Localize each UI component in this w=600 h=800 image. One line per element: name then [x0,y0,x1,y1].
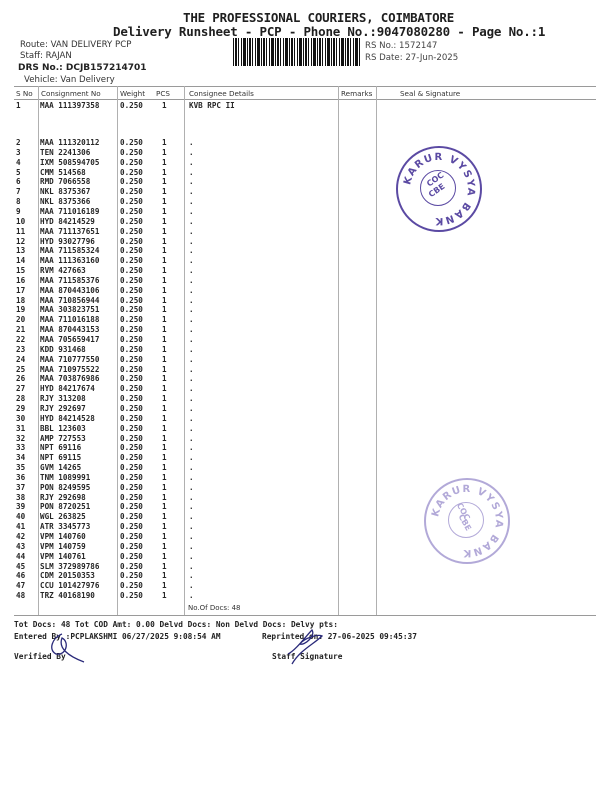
row-weight: 0.250 [120,591,143,600]
row-pcs: 1 [162,335,167,344]
row-consignment-no: TEN 2241306 [40,148,90,157]
rs-number: RS No.: 1572147 [365,41,437,51]
row-consignment-no: SLM 372989786 [40,562,99,571]
row-pcs: 1 [162,483,167,492]
col-header-weight: Weight [120,89,145,98]
row-weight: 0.250 [120,562,143,571]
row-pcs: 1 [162,394,167,403]
row-pcs: 1 [162,286,167,295]
row-sno: 2 [16,138,21,147]
row-consignment-no: MAA 111320112 [40,138,99,147]
row-sno: 39 [16,502,25,511]
row-weight: 0.250 [120,483,143,492]
no-of-docs: No.Of Docs: 48 [188,604,240,612]
row-consignment-no: RMD 7066558 [40,177,90,186]
row-consignee-details: . [189,394,194,403]
row-pcs: 1 [162,296,167,305]
row-consignee-details: . [189,374,194,383]
row-consignment-no: NKL 8375367 [40,187,90,196]
row-sno: 25 [16,365,25,374]
row-weight: 0.250 [120,384,143,393]
row-sno: 11 [16,227,25,236]
row-consignment-no: RJY 313208 [40,394,86,403]
row-pcs: 1 [162,404,167,413]
row-consignment-no: KDD 931468 [40,345,86,354]
row-consignment-no: TNM 1089991 [40,473,90,482]
row-consignment-no: PON 8249595 [40,483,90,492]
row-consignment-no: MAA 303823751 [40,305,99,314]
row-sno: 12 [16,237,25,246]
barcode-image [233,38,361,66]
row-weight: 0.250 [120,355,143,364]
row-pcs: 1 [162,101,167,110]
row-consignee-details: . [189,138,194,147]
row-consignee-details: . [189,522,194,531]
row-pcs: 1 [162,177,167,186]
row-consignment-no: HYD 84217674 [40,384,95,393]
row-sno: 35 [16,463,25,472]
row-consignment-no: MAA 711016189 [40,207,99,216]
row-consignee-details: . [189,591,194,600]
row-consignee-details: . [189,217,194,226]
row-consignment-no: HYD 93027796 [40,237,95,246]
row-consignment-no: HYD 84214529 [40,217,95,226]
row-consignment-no: NPT 69116 [40,443,81,452]
row-weight: 0.250 [120,345,143,354]
row-pcs: 1 [162,266,167,275]
row-consignee-details: . [189,483,194,492]
row-weight: 0.250 [120,138,143,147]
row-pcs: 1 [162,138,167,147]
row-consignment-no: MAA 711137651 [40,227,99,236]
row-consignment-no: VPM 140761 [40,552,86,561]
row-consignment-no: HYD 84214528 [40,414,95,423]
row-consignment-no: VPM 140760 [40,532,86,541]
row-pcs: 1 [162,237,167,246]
col-divider [117,86,118,615]
row-weight: 0.250 [120,217,143,226]
row-weight: 0.250 [120,512,143,521]
row-consignee-details: . [189,473,194,482]
row-pcs: 1 [162,365,167,374]
row-weight: 0.250 [120,443,143,452]
row-pcs: 1 [162,443,167,452]
row-weight: 0.250 [120,522,143,531]
row-sno: 10 [16,217,25,226]
row-consignment-no: NKL 8375366 [40,197,90,206]
row-pcs: 1 [162,148,167,157]
row-consignment-no: RJY 292697 [40,404,86,413]
row-consignment-no: MAA 703876986 [40,374,99,383]
row-pcs: 1 [162,207,167,216]
row-consignee-details: . [189,562,194,571]
row-weight: 0.250 [120,256,143,265]
row-weight: 0.250 [120,237,143,246]
row-weight: 0.250 [120,453,143,462]
row-consignee-details: . [189,246,194,255]
row-weight: 0.250 [120,296,143,305]
row-weight: 0.250 [120,365,143,374]
row-consignment-no: MAA 870443106 [40,286,99,295]
row-sno: 33 [16,443,25,452]
row-consignee-details: . [189,207,194,216]
row-weight: 0.250 [120,187,143,196]
row-pcs: 1 [162,473,167,482]
row-sno: 23 [16,345,25,354]
row-sno: 6 [16,177,21,186]
row-consignee-details: . [189,453,194,462]
row-sno: 27 [16,384,25,393]
row-pcs: 1 [162,325,167,334]
table-bottom-border [14,615,596,616]
row-weight: 0.250 [120,207,143,216]
row-consignment-no: NPT 69115 [40,453,81,462]
row-weight: 0.250 [120,227,143,236]
row-sno: 4 [16,158,21,167]
col-divider [184,86,185,615]
row-weight: 0.250 [120,101,143,110]
row-weight: 0.250 [120,473,143,482]
row-consignment-no: AMP 727553 [40,434,86,443]
col-header-sno: S No [16,89,33,98]
row-consignee-details: . [189,177,194,186]
row-sno: 17 [16,286,25,295]
row-sno: 40 [16,512,25,521]
row-weight: 0.250 [120,305,143,314]
row-consignment-no: GVM 14265 [40,463,81,472]
staff-signature-scribble [282,626,332,666]
row-sno: 14 [16,256,25,265]
row-weight: 0.250 [120,434,143,443]
row-consignee-details: . [189,404,194,413]
row-consignment-no: MAA 710975522 [40,365,99,374]
vehicle-label: Vehicle: Van Delivery [24,75,115,85]
row-pcs: 1 [162,384,167,393]
row-pcs: 1 [162,374,167,383]
row-pcs: 1 [162,197,167,206]
row-consignment-no: WGL 263825 [40,512,86,521]
verifier-signature-scribble [40,628,90,668]
row-pcs: 1 [162,414,167,423]
row-pcs: 1 [162,502,167,511]
row-consignment-no: MAA 711585376 [40,276,99,285]
row-consignment-no: MAA 705659417 [40,335,99,344]
row-consignment-no: CMM 514568 [40,168,86,177]
row-sno: 37 [16,483,25,492]
row-consignee-details: . [189,571,194,580]
row-sno: 38 [16,493,25,502]
row-weight: 0.250 [120,286,143,295]
row-consignee-details: . [189,502,194,511]
row-consignment-no: CCU 101427976 [40,581,99,590]
row-pcs: 1 [162,571,167,580]
row-sno: 29 [16,404,25,413]
col-header-remarks: Remarks [341,89,372,98]
bank-stamp: KARUR VYSYA BANK COC CBE [424,478,510,564]
row-consignee-details: . [189,414,194,423]
row-weight: 0.250 [120,424,143,433]
row-sno: 7 [16,187,21,196]
row-consignee-details: . [189,276,194,285]
row-sno: 34 [16,453,25,462]
row-consignee-details: . [189,296,194,305]
row-consignee-details: . [189,365,194,374]
rs-date: RS Date: 27-Jun-2025 [365,53,458,63]
company-title: THE PROFESSIONAL COURIERS, COIMBATORE [183,10,454,25]
runsheet-subtitle: Delivery Runsheet - PCP - Phone No.:9047… [113,24,545,39]
col-header-seal: Seal & Signature [400,89,460,98]
row-weight: 0.250 [120,177,143,186]
row-consignment-no: RJY 292698 [40,493,86,502]
row-consignee-details: . [189,315,194,324]
row-consignee-details: . [189,148,194,157]
row-consignee-details: . [189,227,194,236]
row-consignment-no: MAA 111397358 [40,101,99,110]
row-pcs: 1 [162,217,167,226]
row-consignment-no: MAA 711016188 [40,315,99,324]
row-consignment-no: RVM 427663 [40,266,86,275]
staff-label: Staff: RAJAN [20,51,72,61]
row-pcs: 1 [162,512,167,521]
row-weight: 0.250 [120,148,143,157]
row-sno: 24 [16,355,25,364]
row-pcs: 1 [162,581,167,590]
row-sno: 31 [16,424,25,433]
row-sno: 9 [16,207,21,216]
row-consignment-no: VPM 140759 [40,542,86,551]
row-consignee-details: . [189,325,194,334]
row-pcs: 1 [162,463,167,472]
row-sno: 13 [16,246,25,255]
row-pcs: 1 [162,227,167,236]
row-pcs: 1 [162,158,167,167]
row-consignment-no: MAA 710856944 [40,296,99,305]
row-weight: 0.250 [120,276,143,285]
row-weight: 0.250 [120,315,143,324]
row-pcs: 1 [162,315,167,324]
row-sno: 16 [16,276,25,285]
row-consignee-details: . [189,443,194,452]
table-top-border [14,86,596,87]
row-weight: 0.250 [120,197,143,206]
row-consignment-no: MAA 711585324 [40,246,99,255]
row-pcs: 1 [162,187,167,196]
row-pcs: 1 [162,552,167,561]
row-weight: 0.250 [120,532,143,541]
row-consignee-details: . [189,187,194,196]
row-consignee-details: . [189,266,194,275]
row-consignee-details: . [189,335,194,344]
row-weight: 0.250 [120,404,143,413]
row-sno: 44 [16,552,25,561]
row-pcs: 1 [162,355,167,364]
row-weight: 0.250 [120,571,143,580]
row-pcs: 1 [162,591,167,600]
row-sno: 42 [16,532,25,541]
row-pcs: 1 [162,453,167,462]
row-sno: 41 [16,522,25,531]
row-consignment-no: PON 8720251 [40,502,90,511]
row-sno: 36 [16,473,25,482]
row-consignee-details: . [189,384,194,393]
table-header-border [14,99,596,100]
row-pcs: 1 [162,256,167,265]
row-consignee-details: . [189,532,194,541]
row-sno: 43 [16,542,25,551]
row-consignment-no: TRZ 40168190 [40,591,95,600]
bank-stamp: KARUR VYSYA BANK COC CBE [396,146,482,232]
col-divider [38,86,39,615]
row-consignee-details: . [189,542,194,551]
row-consignee-details: . [189,197,194,206]
row-weight: 0.250 [120,266,143,275]
row-sno: 21 [16,325,25,334]
row-consignee-details: . [189,434,194,443]
row-consignee-details: . [189,512,194,521]
row-weight: 0.250 [120,158,143,167]
row-consignee-details: . [189,286,194,295]
row-consignee-details: . [189,168,194,177]
col-header-consignment: Consignment No [41,89,101,98]
row-sno: 19 [16,305,25,314]
row-weight: 0.250 [120,463,143,472]
row-pcs: 1 [162,246,167,255]
row-consignee-details: . [189,158,194,167]
col-header-pcs: PCS [156,89,170,98]
col-divider [376,86,377,615]
row-sno: 22 [16,335,25,344]
row-pcs: 1 [162,522,167,531]
row-consignment-no: MAA 111363160 [40,256,99,265]
row-consignee-details: . [189,581,194,590]
row-sno: 20 [16,315,25,324]
row-sno: 47 [16,581,25,590]
row-pcs: 1 [162,424,167,433]
row-consignee-details: . [189,355,194,364]
row-sno: 18 [16,296,25,305]
row-pcs: 1 [162,532,167,541]
row-weight: 0.250 [120,246,143,255]
row-consignment-no: MAA 710777550 [40,355,99,364]
row-pcs: 1 [162,434,167,443]
row-sno: 30 [16,414,25,423]
row-sno: 5 [16,168,21,177]
row-weight: 0.250 [120,168,143,177]
row-consignee-details: . [189,424,194,433]
row-weight: 0.250 [120,581,143,590]
row-consignee-details: . [189,305,194,314]
row-weight: 0.250 [120,374,143,383]
row-consignment-no: MAA 870443153 [40,325,99,334]
row-sno: 45 [16,562,25,571]
row-consignee-details: . [189,256,194,265]
row-sno: 3 [16,148,21,157]
row-sno: 1 [16,101,21,110]
row-pcs: 1 [162,168,167,177]
route-label: Route: VAN DELIVERY PCP [20,40,131,50]
row-pcs: 1 [162,542,167,551]
row-sno: 15 [16,266,25,275]
row-weight: 0.250 [120,394,143,403]
row-pcs: 1 [162,345,167,354]
row-sno: 26 [16,374,25,383]
row-weight: 0.250 [120,335,143,344]
row-pcs: 1 [162,493,167,502]
row-sno: 28 [16,394,25,403]
row-sno: 46 [16,571,25,580]
row-pcs: 1 [162,305,167,314]
row-sno: 48 [16,591,25,600]
row-pcs: 1 [162,562,167,571]
row-weight: 0.250 [120,552,143,561]
drs-number: DRS No.: DCJB157214701 [18,63,147,73]
row-pcs: 1 [162,276,167,285]
col-header-consignee: Consignee Details [189,89,254,98]
col-divider [338,86,339,615]
row-weight: 0.250 [120,542,143,551]
row-consignee-details: . [189,237,194,246]
row-weight: 0.250 [120,502,143,511]
row-consignee-details: . [189,552,194,561]
row-sno: 8 [16,197,21,206]
row-consignment-no: ATR 3345773 [40,522,90,531]
row-consignment-no: BBL 123603 [40,424,86,433]
row-consignee-details: KVB RPC II [189,101,235,110]
row-weight: 0.250 [120,414,143,423]
row-consignee-details: . [189,463,194,472]
row-weight: 0.250 [120,493,143,502]
row-consignee-details: . [189,345,194,354]
row-weight: 0.250 [120,325,143,334]
row-consignee-details: . [189,493,194,502]
row-consignment-no: IXM 508594705 [40,158,99,167]
row-sno: 32 [16,434,25,443]
row-consignment-no: CDM 20150353 [40,571,95,580]
